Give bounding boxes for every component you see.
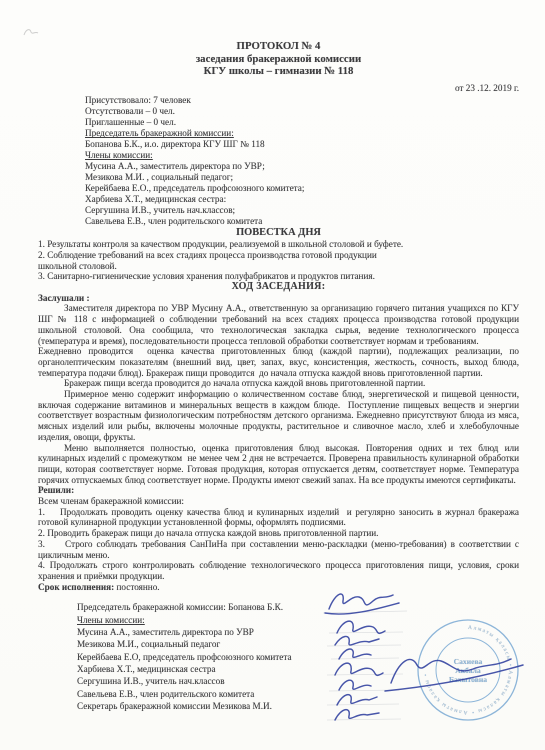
decision-item: 1. Продолжать проводить оценку качества … [38,507,519,528]
session-heading: ХОД ЗАСЕДАНИЯ: [38,282,519,293]
session-paragraph: Примерное меню содержит информацию о кол… [38,389,519,443]
deadline-line: Срок исполнения: постоянно. [38,582,519,593]
signing-row: Керейбаева Е.О, председатель профсоюзног… [77,651,519,663]
invited-count: Приглашенные – 0 чел. [85,117,519,128]
session-paragraph: Ежедневно проводится оценка качества при… [38,346,519,378]
chairman-label: Председатель бракеражной комиссии: [85,128,519,139]
member-line: Сергушина И.В., учитель нач.классов; [85,205,519,216]
decision-item: 4. Продолжать строго контролировать собл… [38,560,519,581]
signing-row: Харбиева Х.Т., медицинская сестра [77,663,519,675]
attendance-block: Присутствовало: 7 человек Отсутствовали … [85,95,519,227]
agenda-item: школьной столовой. [38,261,519,272]
signing-row: Мусина А.А., заместитель директора по УВ… [77,626,519,638]
decision-item: 3. Строго соблюдать требования СанПиНа п… [38,539,519,560]
agenda-heading: ПОВЕСТКА ДНЯ [38,228,519,239]
heard-label: Заслушали : [38,293,519,304]
decisions-intro: Всем членам бракеражной комиссии: [38,496,519,507]
protocol-title-line2: заседания бракеражной комиссии [38,53,519,66]
session-paragraph: Меню выполняется полностью, оценка приго… [38,443,519,486]
member-line: Савельева Е.В., член родительского комит… [85,216,519,227]
member-line: Мусина А.А., заместитель директора по УВ… [85,161,519,172]
member-line: Керейбаева Е.О., председатель профсоюзно… [85,183,519,194]
session-paragraph: Заместителя директора по УВР Мусину А.А.… [38,303,519,346]
session-paragraph: Бракераж пищи всегда проводится до начал… [38,378,519,389]
deadline-value: постоянно. [114,582,159,592]
protocol-title-line3: КГУ школы – гимназии № 118 [38,65,519,78]
member-line: Мезикова М.И. , социальный педагог; [85,172,519,183]
signature-block: Председатель бракеражной комиссии: Бопан… [77,601,519,712]
member-line: Харбиева Х.Т., медицинская сестра: [85,194,519,205]
protocol-title-line1: ПРОТОКОЛ № 4 [38,40,519,53]
decisions-label: Решили: [38,485,519,496]
document-body: ПРОТОКОЛ № 4 заседания бракеражной комис… [0,0,545,750]
signing-row: Сергушина И.В., учитель нач.классов [77,675,519,687]
protocol-date: от 23 .12. 2019 г. [38,83,519,94]
absent-count: Отсутствовали – 0 чел. [85,106,519,117]
present-count: Присутствовало: 7 человек [85,95,519,106]
decision-item: 2. Проводить бракераж пищи до начала отп… [38,528,519,539]
signing-row: Секретарь бракеражной комиссии Мезикова … [77,700,519,712]
signing-chairman-line: Председатель бракеражной комиссии: Бопан… [77,601,519,613]
signing-members-label: Члены комиссии: [77,614,519,626]
agenda-item: 2. Соблюдение требований на всех стадиях… [38,250,519,261]
scanned-protocol-document: ПРОТОКОЛ № 4 заседания бракеражной комис… [0,0,545,750]
signing-row: Савельева Е.В., член родительского комит… [77,688,519,700]
members-label: Члены комиссии: [85,150,519,161]
chairman-name: Бопанова Б.К., и.о. директора КГУ ШГ № 1… [85,139,519,150]
signing-row: Мезикова М.И., социальный педагог [77,638,519,650]
agenda-item: 1. Результаты контроля за качеством прод… [38,239,519,250]
deadline-label: Срок исполнения: [38,582,114,592]
